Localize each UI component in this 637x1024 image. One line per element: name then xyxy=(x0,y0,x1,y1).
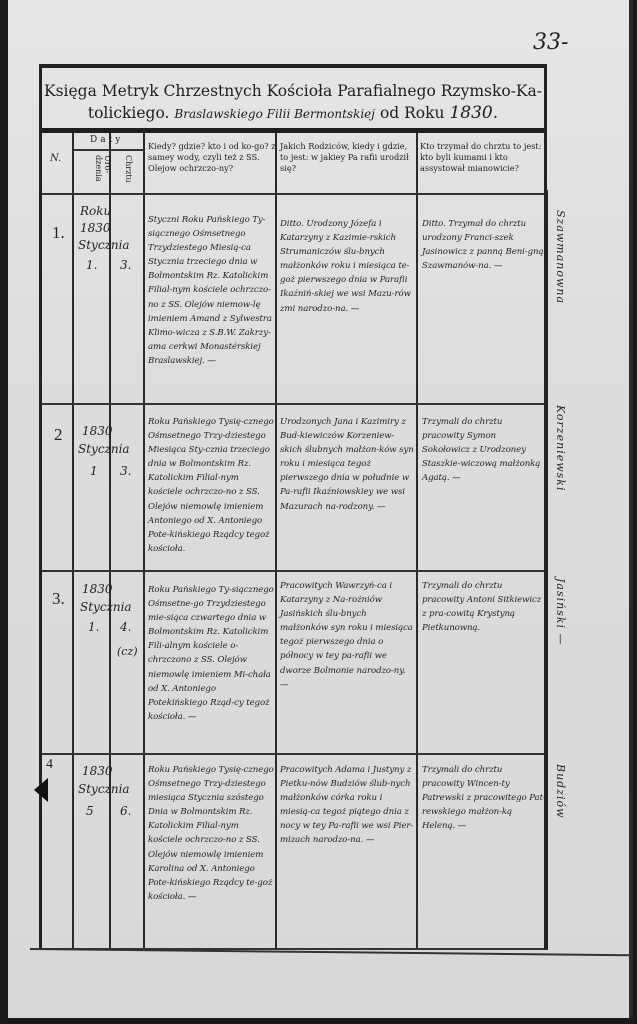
header-parents: Jakich Rodziców, kiedy i gdzie, to jest:… xyxy=(280,141,416,174)
register-title: Księga Metryk Chrzestnych Kościoła Paraf… xyxy=(42,70,544,132)
register-page: 33- Księga Metryk Chrzestnych Kościoła P… xyxy=(8,0,633,1018)
page-number: 33- xyxy=(533,30,568,55)
column-divider xyxy=(72,133,74,948)
entry-godparents: Trzymali do chrztu pracowity Wincen-ty P… xyxy=(422,763,546,833)
entry-baptism-details: Roku Pańskiego Ty-siącznego Ośmsetne-go … xyxy=(148,583,274,724)
entry-baptism-details: Styczni Roku Pańskiego Ty-siącznego Ośms… xyxy=(148,213,274,368)
header-godparents: Kto trzymał do chrztu to jest: kto byli … xyxy=(420,141,548,174)
entry-birth-day: 1. xyxy=(86,257,97,274)
column-divider xyxy=(143,133,145,948)
entry-number: 1. xyxy=(52,223,65,243)
entry-godparents: Trzymali do chrztu pracowity Symon Sokoł… xyxy=(422,415,546,485)
entry-parents: Urodzonych Jana i Kazimiry z Bud-kiewicz… xyxy=(280,415,414,514)
margin-surname: Szawmanowna xyxy=(554,210,567,330)
entry-month: Stycznia xyxy=(78,781,130,798)
frame-top-rule xyxy=(42,64,544,68)
entry-birth-day: 1 xyxy=(90,463,98,480)
entry-baptism-details: Roku Pańskiego Tysię-cznego Ośmsetnego T… xyxy=(148,763,274,904)
entry-parents: Ditto. Urodzony Józefa i Katarzyny z Kaz… xyxy=(280,217,414,316)
header-dates: Daty xyxy=(90,135,123,146)
title-line-1: Księga Metryk Chrzestnych Kościoła Paraf… xyxy=(44,82,542,100)
register-frame: Księga Metryk Chrzestnych Kościoła Paraf… xyxy=(39,64,547,950)
margin-surname: Korzeniewski xyxy=(554,405,567,565)
title-year: 1830. xyxy=(449,103,498,123)
entry-year: 1830 xyxy=(82,423,113,440)
entry-birth-day: 1. xyxy=(88,619,99,636)
header-dates-rule xyxy=(74,149,144,151)
entry-year: 1830 xyxy=(82,763,113,780)
entry-baptism-day: 6. xyxy=(120,803,131,820)
column-divider xyxy=(275,133,277,948)
margin-surname: Jasiński — xyxy=(554,578,567,688)
entry-year: Roku 1830 xyxy=(80,203,144,237)
entry-month: Stycznia xyxy=(80,599,132,616)
title-line-3: od Roku xyxy=(380,104,445,122)
entry-annotation: (cz) xyxy=(117,645,138,658)
entry-birth-day: 5 xyxy=(86,803,94,820)
entry-month: Stycznia xyxy=(78,237,130,254)
header-baptism: Chrztu xyxy=(124,155,133,195)
entry-parents: Pracowitych Adama i Justyny z Pietku-nów… xyxy=(280,763,414,848)
entry-number: 3. xyxy=(52,589,65,609)
row-divider xyxy=(42,403,544,405)
header-when-where: Kiedy? gdzie? kto i od ko-go? z samey wo… xyxy=(148,141,276,174)
entry-parents: Pracowitych Wawrzyń-ca i Katarzyny z Na-… xyxy=(280,579,414,692)
entry-baptism-day: 4. xyxy=(120,619,131,636)
entry-baptism-day: 3. xyxy=(120,463,131,480)
entry-godparents: Trzymali do chrztu pracowity Antoni Sitk… xyxy=(422,579,546,635)
title-handwritten-parish: Braslawskiego Filii Bermontskiej xyxy=(174,107,375,121)
row-divider xyxy=(42,570,544,572)
margin-column-rule xyxy=(545,190,548,950)
entry-year: 1830 xyxy=(82,581,113,598)
title-line-2: tolickiego. xyxy=(88,104,170,122)
row-divider xyxy=(42,753,544,755)
entry-baptism-details: Roku Pańskiego Tysię-cznego Ośmsetnego T… xyxy=(148,415,274,556)
header-rule xyxy=(42,193,544,195)
binding-marker-icon xyxy=(34,778,48,802)
column-divider xyxy=(109,133,111,948)
column-divider xyxy=(416,133,418,948)
entry-godparents: Ditto. Trzymał do chrztu urodzony Franci… xyxy=(422,217,546,273)
entry-month: Stycznia xyxy=(78,441,130,458)
margin-surname: Budziów xyxy=(554,764,567,874)
entry-number: 4 xyxy=(46,757,53,773)
header-number: N. xyxy=(50,153,61,164)
entry-baptism-day: 3. xyxy=(120,257,131,274)
register-table: N. Daty Uro-dzenia Chrztu Kiedy? gdzie? … xyxy=(42,133,544,948)
header-birth: Uro-dzenia xyxy=(94,155,112,195)
entry-number: 2 xyxy=(54,425,63,445)
